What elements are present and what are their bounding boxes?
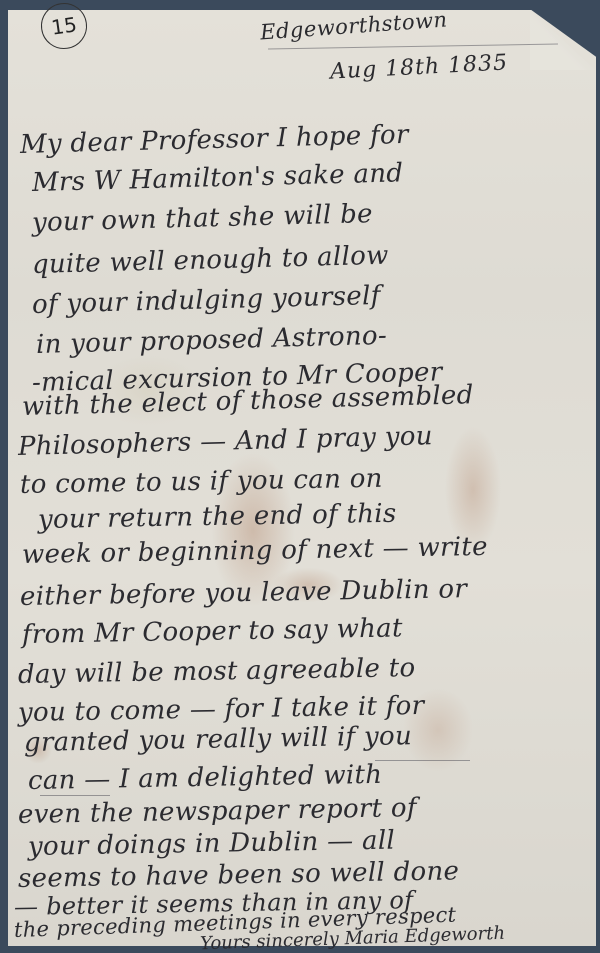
body-line: to come to us if you can on	[20, 464, 383, 500]
underline-can	[40, 795, 110, 796]
body-line: your doings in Dublin — all	[28, 826, 396, 862]
underline-will	[375, 760, 470, 761]
page-number: 15	[50, 12, 79, 39]
body-line: your return the end of this	[38, 499, 397, 535]
body-line: can — I am delighted with	[28, 760, 383, 796]
closing: Yours sincerely	[200, 928, 339, 953]
